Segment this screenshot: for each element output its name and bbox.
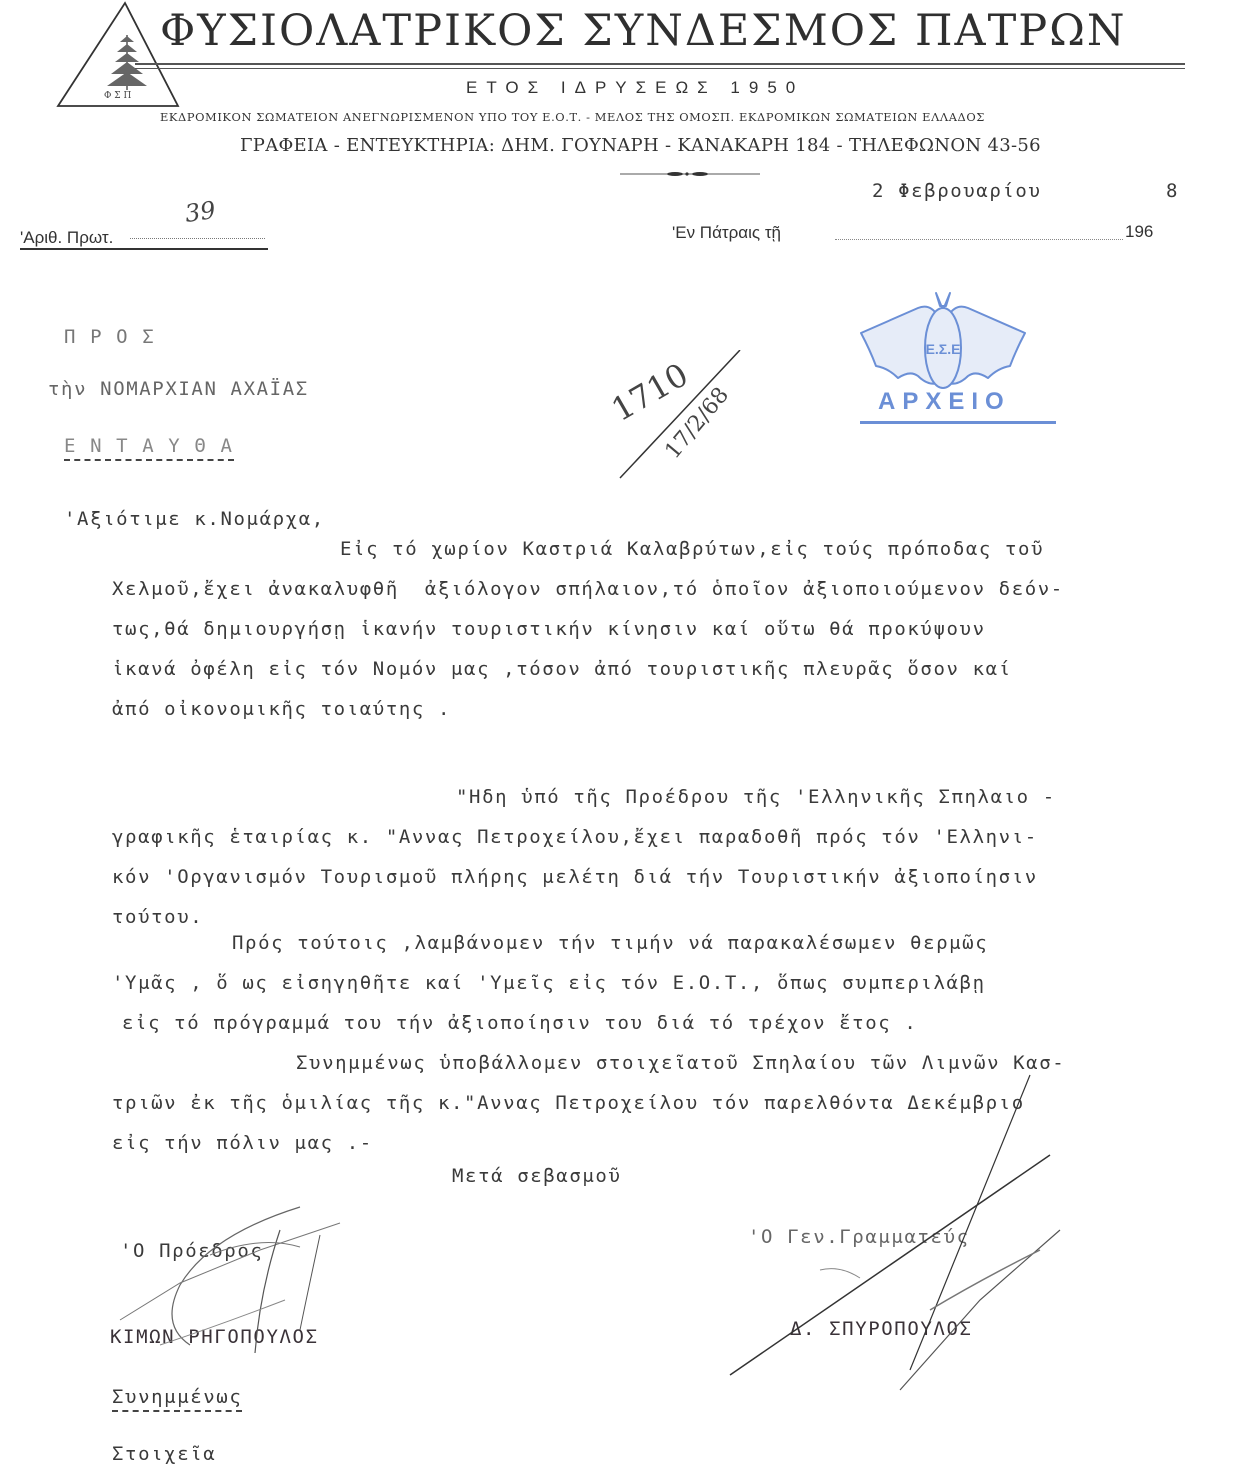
attachment-item: Στοιχεῖα: [112, 1443, 216, 1465]
right-handwritten-signature: [720, 1070, 1120, 1400]
body-line: "Ηδη ὑπό τῆς Προέδρου τῆς 'Ελληνικῆς Σπη…: [456, 786, 1056, 808]
stamp-label: ΑΡΧΕΙΟ: [878, 388, 1011, 416]
recipient-addressee: τὴν ΝΟΜΑΡΧΙΑΝ ΑΧΑΪΑΣ: [48, 378, 309, 400]
body-line: τούτου.: [112, 906, 203, 928]
svg-text:Ε.Σ.Ε: Ε.Σ.Ε: [926, 341, 961, 357]
body-line: τως,θά δημιουργήσῃ ἱκανήν τουριστικήν κί…: [112, 618, 986, 640]
body-line: Χελμοῦ,ἔχει ἀνακαλυφθῆ ἀξιόλογον σπήλαιο…: [112, 578, 1064, 600]
place-dotted-line: [835, 239, 1123, 240]
body-line: εἰς τήν πόλιν μας .-: [112, 1132, 373, 1154]
logo-initials: Φ Σ Π: [104, 91, 131, 101]
organization-subtitle: ΕΚΔΡΟΜΙΚΟΝ ΣΩΜΑΤΕΙΟΝ ΑΝΕΓΝΩΡΙΣΜΕΝΟΝ ΥΠΟ …: [160, 110, 985, 124]
letter-year-suffix: 8: [1166, 180, 1179, 202]
protocol-underline: [20, 248, 268, 250]
ornament-divider: [620, 172, 760, 176]
organization-address: ΓΡΑΦΕΙΑ - ΕΝΤΕΥΚΤΗΡΙΑ: ΔΗΜ. ΓΟΥΝΑΡΗ - ΚΑ…: [240, 135, 1041, 156]
stamp-underline: [860, 421, 1056, 424]
body-line: ἱκανά ὀφέλη εἰς τόν Νομόν μας ,τόσον ἀπό…: [112, 658, 1012, 680]
place-label: 'Εν Πάτραις τῇ: [672, 223, 781, 243]
printed-year: 196: [1125, 222, 1153, 242]
left-handwritten-signature: [60, 1195, 440, 1355]
protocol-number: 39: [183, 196, 217, 228]
handwritten-receipt-note: 1710 17/2/68: [600, 350, 780, 480]
attachments-label: Συνημμένως: [112, 1386, 242, 1412]
body-line: εἰς τό πρόγραμμά του τήν ἀξιοποίησιν του…: [122, 1012, 917, 1034]
closing: Μετά σεβασμοῦ: [452, 1165, 622, 1187]
protocol-label: 'Αριθ. Πρωτ.: [20, 228, 113, 248]
svg-text:1710: 1710: [605, 355, 695, 429]
letter-date: 2 Φεβρουαρίου: [872, 180, 1042, 202]
body-line: Πρός τούτοις ,λαμβάνομεν τήν τιμήν νά πα…: [232, 932, 988, 954]
body-line: Εἰς τό χωρίον Καστριά Καλαβρύτων,εἰς τού…: [340, 538, 1044, 560]
body-line: κόν 'Οργανισμόν Τουρισμοῦ πλήρης μελέτη …: [112, 866, 1038, 888]
body-line: γραφικῆς ἑταιρίας κ. "Αννας Πετροχείλου,…: [112, 826, 1038, 848]
organization-name: ΦΥΣΙΟΛΑΤΡΙΚΟΣ ΣΥΝΔΕΣΜΟΣ ΠΑΤΡΩΝ: [160, 6, 1127, 56]
recipient-location: Ε Ν Τ Α Υ Θ Α: [64, 435, 234, 461]
protocol-dotted-line: [130, 238, 265, 239]
salutation: 'Αξιότιμε κ.Νομάρχα,: [64, 508, 325, 530]
header-rule-top: [135, 63, 1185, 65]
founded-year: ΕΤΟΣ ΙΔΡΥΣΕΩΣ 1950: [466, 78, 804, 98]
body-line: 'Υμᾶς , ὅ ως εἰσηγηθῆτε καί 'Υμεῖς εἰς τ…: [112, 972, 986, 994]
body-line: ἀπό οἰκονομικῆς τοιαύτης .: [112, 698, 451, 720]
header-rule-bottom: [135, 68, 1185, 69]
recipient-to-label: Π Ρ Ο Σ: [64, 326, 155, 348]
